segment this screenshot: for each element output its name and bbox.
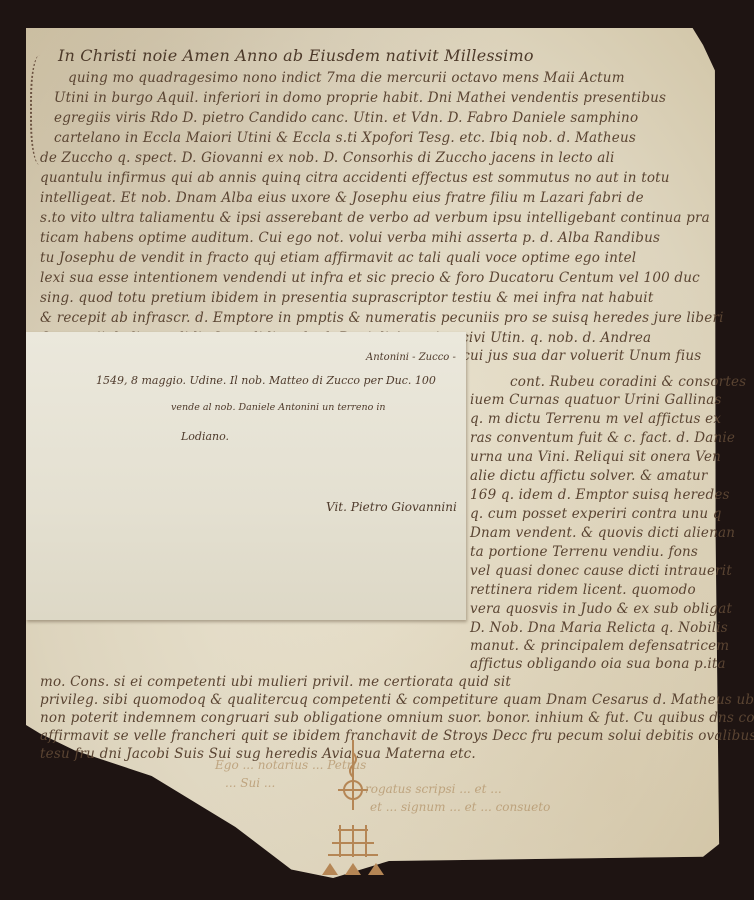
slip-line-1: 1549, 8 maggio. Udine. Il nob. Matteo di… <box>96 374 436 387</box>
text-line: manut. & principalem defensatricem <box>470 638 729 654</box>
text-line: D. Nob. Dna Maria Relicta q. Nobilis <box>470 620 728 636</box>
slip-header-note: Antonini - Zucco - <box>366 352 456 363</box>
text-line: mo. Cons. si ei competenti ubi mulieri p… <box>40 674 511 690</box>
slip-line-2: vende al nob. Daniele Antonini un terren… <box>171 402 386 413</box>
text-line: privileg. sibi quomodoq & qualitercuq co… <box>40 692 754 708</box>
text-line: tu Josephu de vendit in fracto quj etiam… <box>40 250 636 266</box>
text-line: vera quosvis in Judo & ex sub obligat <box>470 601 732 617</box>
faded-note-line: et ... signum ... et ... consueto <box>370 800 550 814</box>
text-line: quantulu infirmus qui ab annis quinq cit… <box>40 170 670 186</box>
margin-flourish-icon <box>30 55 54 165</box>
text-line: affirmavit se velle francheri quit se ib… <box>40 728 754 744</box>
text-line: cont. Rubeu coradini & consortes <box>510 374 746 390</box>
faded-note-line: rogatus scripsi ... et ... <box>365 782 502 796</box>
slip-signature: Vit. Pietro Giovannini <box>326 500 457 514</box>
text-line: vel quasi donec cause dicti intrauerit <box>470 563 732 579</box>
text-line: non poterit indemnem congruari sub oblig… <box>40 710 754 726</box>
faded-note-line: ... Sui ... <box>225 776 275 790</box>
text-line: q. m dictu Terrenu m vel affictus ex <box>470 411 721 427</box>
faded-note-line: Ego ... notarius ... Petrus <box>215 758 366 772</box>
text-line: quing mo quadragesimo nono indict 7ma di… <box>68 70 625 86</box>
text-line: ta portione Terrenu vendiu. fons <box>470 544 698 560</box>
text-line: de Zuccho q. spect. D. Giovanni ex nob. … <box>40 150 615 166</box>
text-line: In Christi noie Amen Anno ab Eiusdem nat… <box>58 46 534 65</box>
text-line: egregiis viris Rdo D. pietro Candido can… <box>54 110 638 126</box>
text-line: & recepit ab infrascr. d. Emptore in pmp… <box>40 310 724 326</box>
text-line: cartelano in Eccla Maiori Utini & Eccla … <box>54 130 636 146</box>
text-line: rettinera ridem licent. quomodo <box>470 582 696 598</box>
text-line: sing. quod totu pretium ibidem in presen… <box>40 290 653 306</box>
text-line: affictus obligando oia sua bona p.ita <box>470 656 726 672</box>
text-line: lexi sua esse intentionem vendendi ut in… <box>40 270 700 286</box>
text-line: Utini in burgo Aquil. inferiori in domo … <box>54 90 666 106</box>
text-line: iuem Curnas quatuor Urini Gallinas <box>470 392 722 408</box>
text-line: Dnam vendent. & quovis dicti alienan <box>470 525 735 541</box>
slip-line-3: Lodiano. <box>181 430 229 443</box>
text-line: s.to vito ultra taliamentu & ipsi assere… <box>40 210 710 226</box>
text-line: ras conventum fuit & c. fact. d. Danie <box>470 430 735 446</box>
text-line: ticam habens optime auditum. Cui ego not… <box>40 230 660 246</box>
text-line: intelligeat. Et nob. Dnam Alba eius uxor… <box>40 190 644 206</box>
attached-note-slip: Antonini - Zucco - 1549, 8 maggio. Udine… <box>26 332 466 620</box>
text-line: q. cum posset experiri contra unu q <box>470 506 722 522</box>
text-line: urna una Vini. Reliqui sit onera Ven <box>470 449 721 465</box>
text-line: alie dictu affictu solver. & amatur <box>470 468 708 484</box>
text-line: 169 q. idem d. Emptor suisq heredes <box>470 487 730 503</box>
